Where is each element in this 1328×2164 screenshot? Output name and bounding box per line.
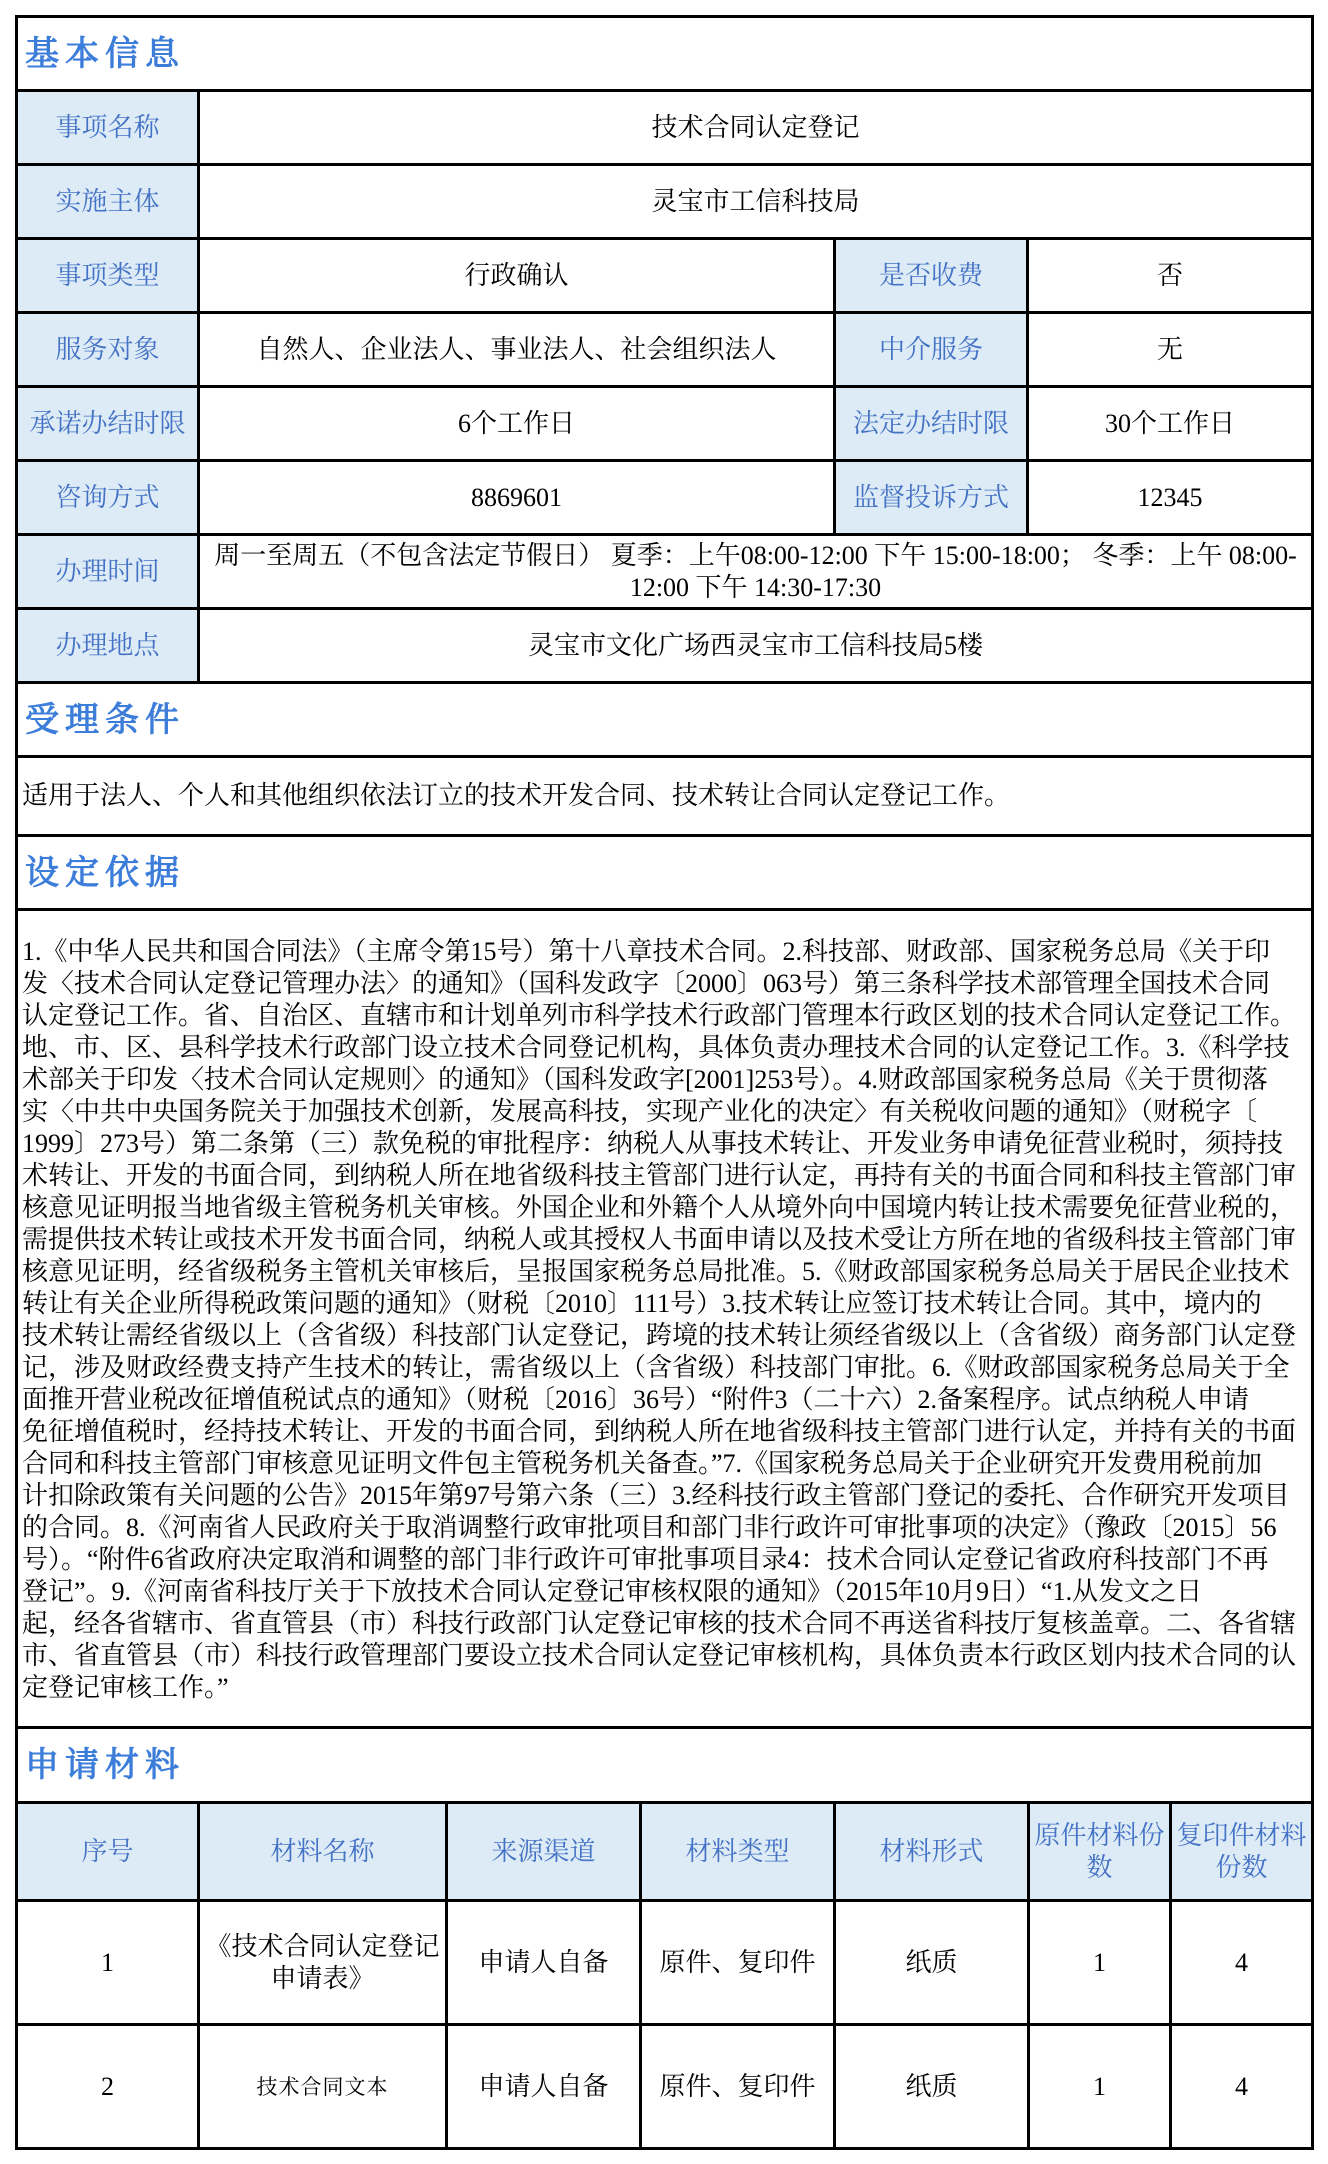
basis-line: 记，涉及财政经费支持产生技术的转让，需省级以上（含省级）科技部门审批。6.《财政…	[22, 1352, 1307, 1384]
value-fee: 否	[1026, 237, 1314, 314]
materials-row-1-form: 纸质	[833, 1899, 1030, 2026]
materials-header-original-count: 原件材料份数	[1027, 1801, 1172, 1902]
basis-line: 地、市、区、县科学技术行政部门设立技术合同登记机构，具体负责办理技术合同的认定登…	[22, 1032, 1307, 1064]
materials-row-2-name: 技术合同文本	[197, 2023, 448, 2150]
value-location: 灵宝市文化广场西灵宝市工信科技局5楼	[197, 607, 1314, 684]
materials-row-1-type: 原件、复印件	[639, 1899, 836, 2026]
value-promised-time: 6个工作日	[197, 385, 836, 462]
value-item-name: 技术合同认定登记	[197, 89, 1314, 166]
materials-header-name: 材料名称	[197, 1801, 448, 1902]
materials-row-2-form: 纸质	[833, 2023, 1030, 2150]
value-legal-time: 30个工作日	[1026, 385, 1314, 462]
value-intermediary: 无	[1026, 311, 1314, 388]
label-consult: 咨询方式	[15, 459, 200, 536]
materials-header-type: 材料类型	[639, 1801, 836, 1902]
basis-line: 免征增值税时，经持技术转让、开发的书面合同，到纳税人所在地省级科技主管部门进行认…	[22, 1416, 1307, 1448]
materials-row-1-no: 1	[15, 1899, 200, 2026]
basis-line: 号）。“附件6省政府决定取消和调整的部门非行政许可审批事项目录4：技术合同认定登…	[22, 1544, 1307, 1576]
section-title-basis: 设定依据	[15, 834, 1314, 911]
basis-line: 1.《中华人民共和国合同法》（主席令第15号）第十八章技术合同。2.科技部、财政…	[22, 936, 1307, 968]
label-service-target: 服务对象	[15, 311, 200, 388]
materials-row-2-source: 申请人自备	[445, 2023, 642, 2150]
basis-line: 登记”。9.《河南省科技厅关于下放技术合同认定登记审核权限的通知》（2015年1…	[22, 1576, 1307, 1608]
value-hours: 周一至周五（不包含法定节假日） 夏季：上午08:00-12:00 下午 15:0…	[197, 533, 1314, 610]
label-legal-time: 法定办结时限	[833, 385, 1029, 462]
materials-header-no: 序号	[15, 1801, 200, 1902]
basis-line: 技术转让需经省级以上（含省级）科技部门认定登记，跨境的技术转让须经省级以上（含省…	[22, 1320, 1307, 1352]
basis-line: 术部关于印发〈技术合同认定规则〉的通知》（国科发政字[2001]253号）。4.…	[22, 1064, 1307, 1096]
value-consult: 8869601	[197, 459, 836, 536]
materials-row-1-original-count: 1	[1027, 1899, 1172, 2026]
section-title-conditions: 受理条件	[15, 681, 1314, 758]
basis-line: 认定登记工作。省、自治区、直辖市和计划单列市科学技术行政部门管理本行政区划的技术…	[22, 1000, 1307, 1032]
materials-row-1-source: 申请人自备	[445, 1899, 642, 2026]
basis-line: 的合同。8.《河南省人民政府关于取消调整行政审批项目和部门非行政许可审批事项的决…	[22, 1512, 1307, 1544]
materials-row-1-copy-count: 4	[1169, 1899, 1314, 2026]
basis-line: 核意见证明，经省级税务主管机关审核后，呈报国家税务总局批准。5.《财政部国家税务…	[22, 1256, 1307, 1288]
materials-row-1-name: 《技术合同认定登记申请表》	[197, 1899, 448, 2026]
section-title-basic-info: 基本信息	[15, 15, 1314, 92]
basis-line: 计扣除政策有关问题的公告》2015年第97号第六条（三）3.经科技行政主管部门登…	[22, 1480, 1307, 1512]
basis-text: 1.《中华人民共和国合同法》（主席令第15号）第十八章技术合同。2.科技部、财政…	[15, 908, 1314, 1729]
materials-row-2-no: 2	[15, 2023, 200, 2150]
materials-row-2-copy-count: 4	[1169, 2023, 1314, 2150]
value-implementer: 灵宝市工信科技局	[197, 163, 1314, 240]
basis-line: 转让有关企业所得税政策问题的通知》（财税〔2010〕111号）3.技术转让应签订…	[22, 1288, 1307, 1320]
materials-row-2-type: 原件、复印件	[639, 2023, 836, 2150]
basis-line: 面推开营业税改征增值税试点的通知》（财税〔2016〕36号）“附件3（二十六）2…	[22, 1384, 1307, 1416]
basis-line: 定登记审核工作。”	[22, 1672, 1307, 1704]
basis-line: 需提供技术转让或技术开发书面合同，纳税人或其授权人书面申请以及技术受让方所在地的…	[22, 1224, 1307, 1256]
basis-line: 市、省直管县（市）科技行政管理部门要设立技术合同认定登记审核机构，具体负责本行政…	[22, 1640, 1307, 1672]
materials-header-copy-count: 复印件材料份数	[1169, 1801, 1314, 1902]
basis-line: 核意见证明报当地省级主管税务机关审核。外国企业和外籍个人从境外向中国境内转让技术…	[22, 1192, 1307, 1224]
value-service-target: 自然人、企业法人、事业法人、社会组织法人	[197, 311, 836, 388]
label-location: 办理地点	[15, 607, 200, 684]
basis-line: 实〈中共中央国务院关于加强技术创新，发展高科技，实现产业化的决定〉有关税收问题的…	[22, 1096, 1307, 1128]
basis-line: 合同和科技主管部门审核意见证明文件包主管税务机关备查。”7.《国家税务总局关于企…	[22, 1448, 1307, 1480]
label-intermediary: 中介服务	[833, 311, 1029, 388]
conditions-text: 适用于法人、个人和其他组织依法订立的技术开发合同、技术转让合同认定登记工作。	[15, 755, 1314, 837]
label-complaint: 监督投诉方式	[833, 459, 1029, 536]
materials-header-form: 材料形式	[833, 1801, 1030, 1902]
label-implementer: 实施主体	[15, 163, 200, 240]
label-promised-time: 承诺办结时限	[15, 385, 200, 462]
materials-row-2-original-count: 1	[1027, 2023, 1172, 2150]
label-hours: 办理时间	[15, 533, 200, 610]
basis-line: 起，经各省辖市、省直管县（市）科技行政部门认定登记审核的技术合同不再送省科技厅复…	[22, 1608, 1307, 1640]
basis-line: 发〈技术合同认定登记管理办法〉的通知》（国科发政字〔2000〕063号）第三条科…	[22, 968, 1307, 1000]
label-item-type: 事项类型	[15, 237, 200, 314]
label-item-name: 事项名称	[15, 89, 200, 166]
basis-line: 1999〕273号）第二条第（三）款免税的审批程序：纳税人从事技术转让、开发业务…	[22, 1128, 1307, 1160]
label-fee: 是否收费	[833, 237, 1029, 314]
basis-line: 术转让、开发的书面合同，到纳税人所在地省级科技主管部门进行认定，再持有关的书面合…	[22, 1160, 1307, 1192]
materials-header-source: 来源渠道	[445, 1801, 642, 1902]
section-title-materials: 申请材料	[15, 1726, 1314, 1804]
value-complaint: 12345	[1026, 459, 1314, 536]
value-item-type: 行政确认	[197, 237, 836, 314]
